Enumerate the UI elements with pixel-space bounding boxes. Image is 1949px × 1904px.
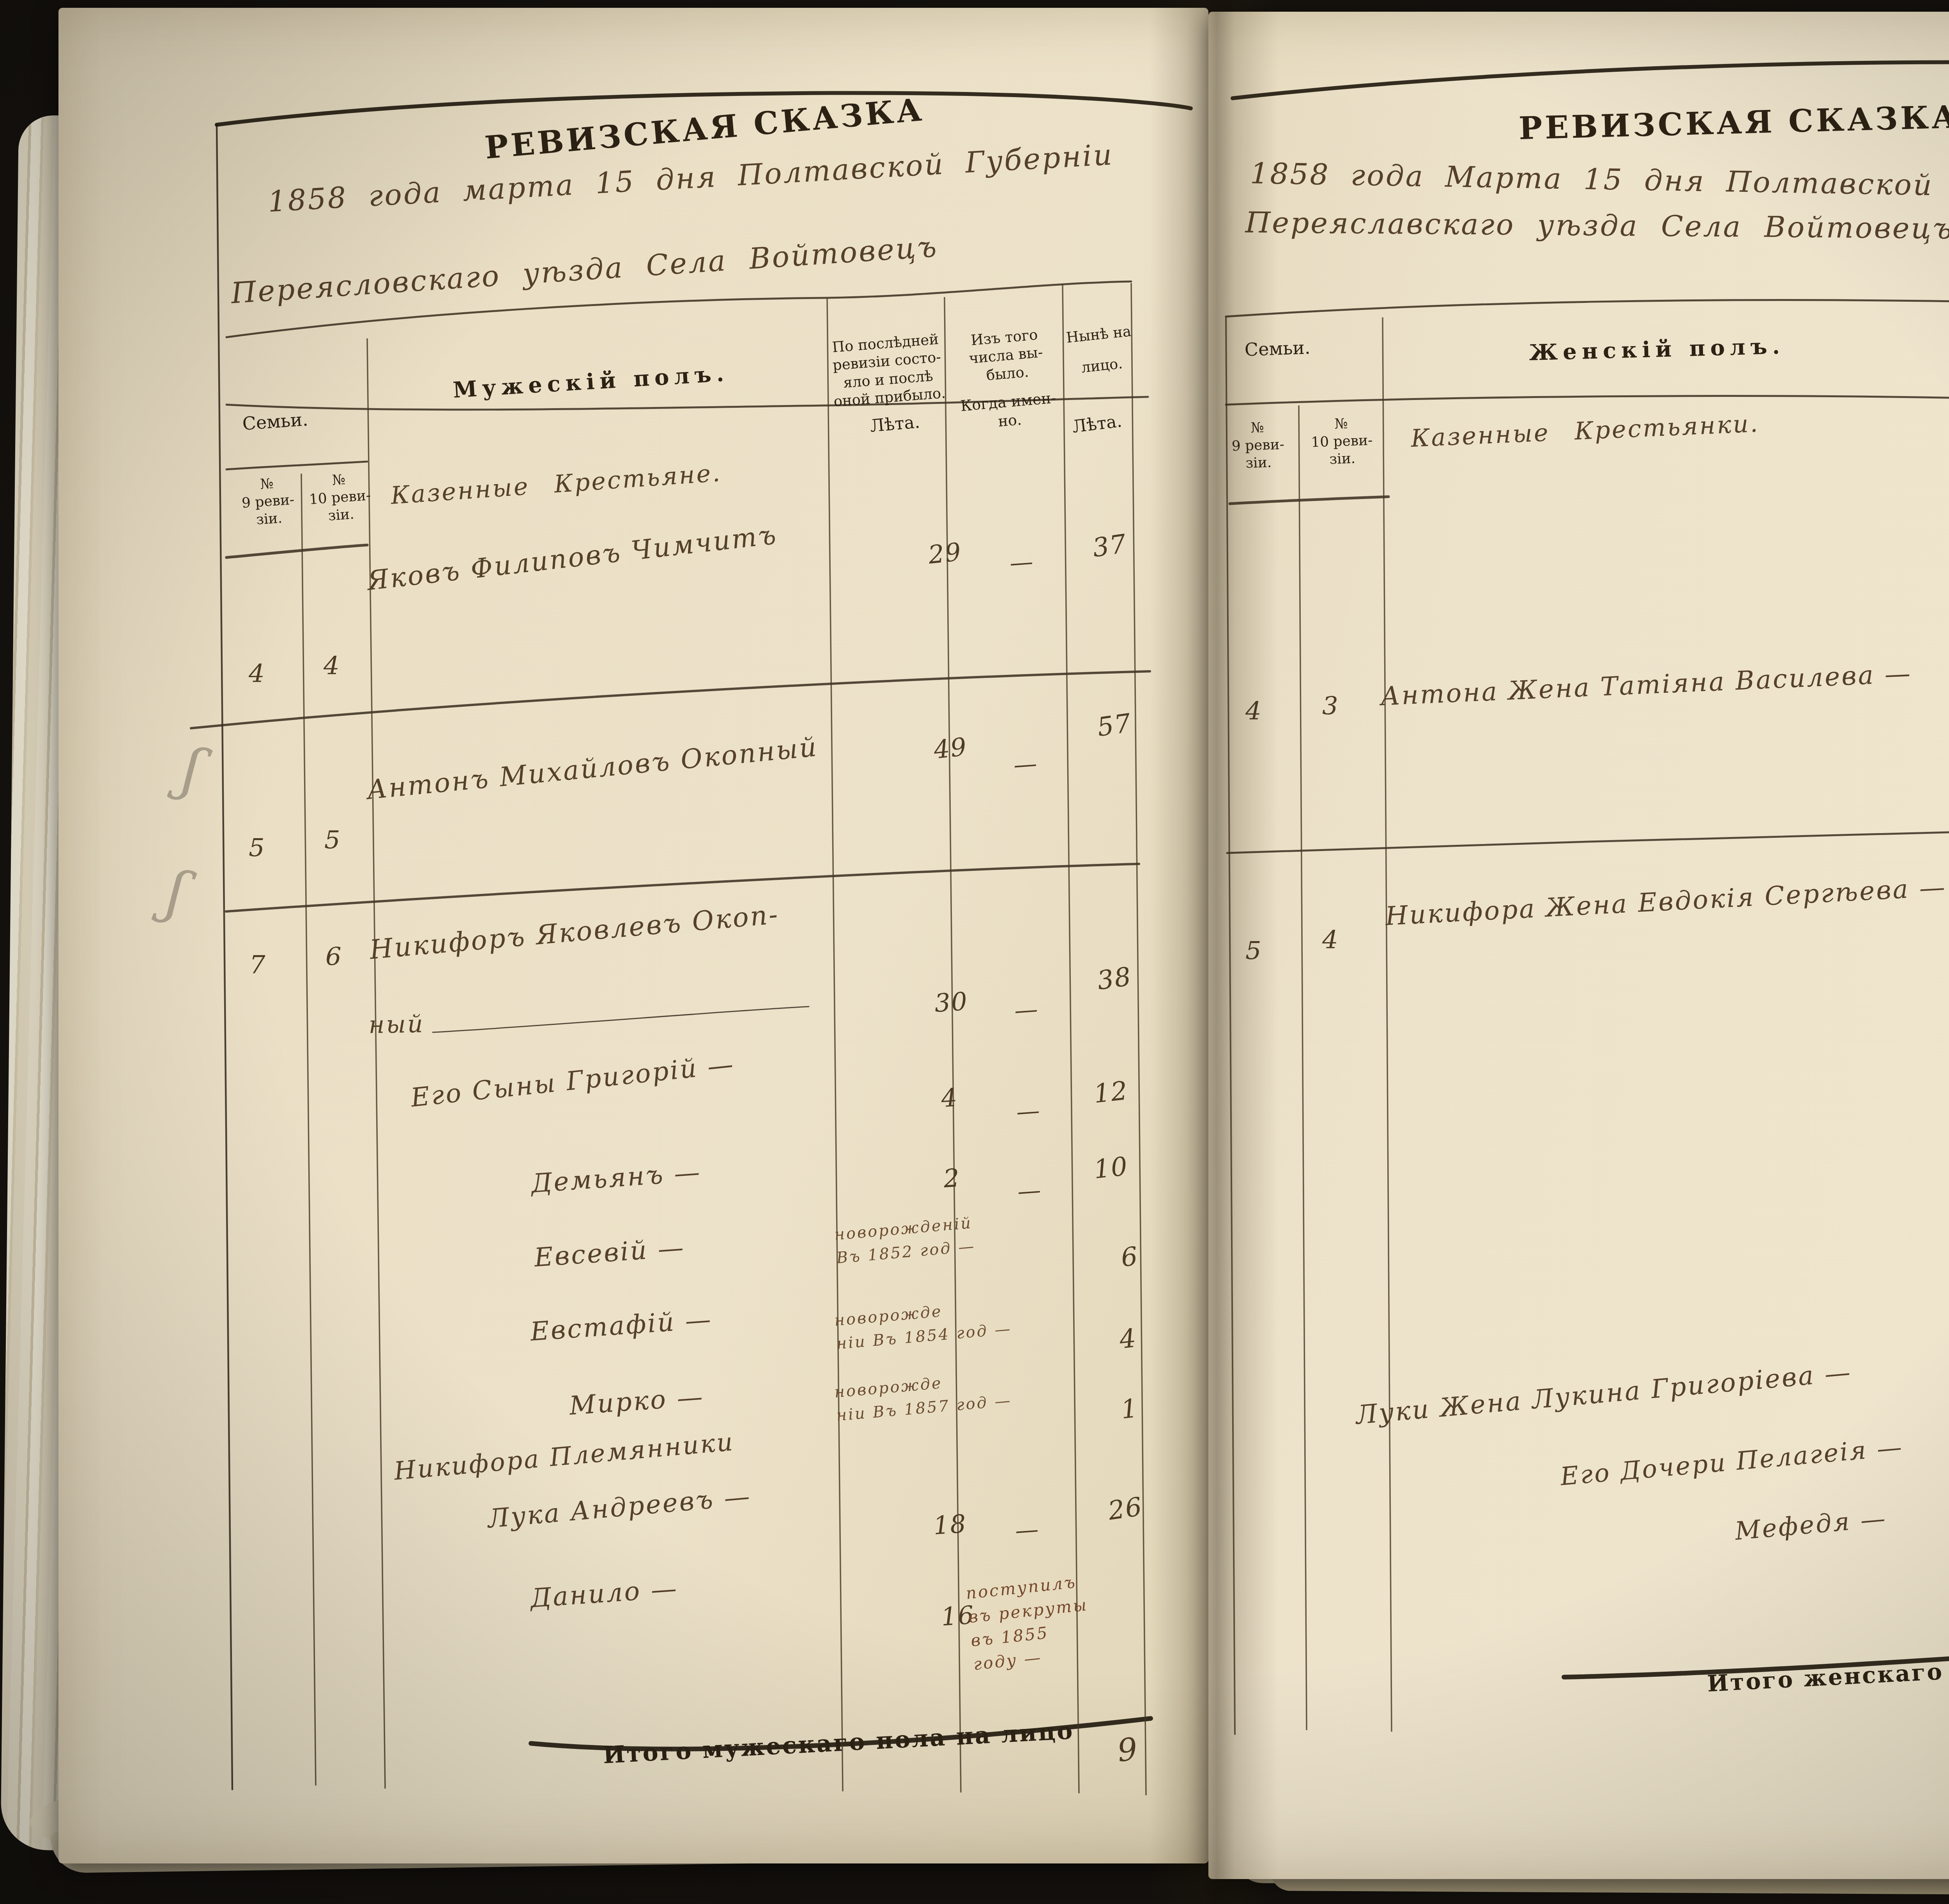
row-age-now: 26 <box>1106 1492 1144 1526</box>
header-col-present: Нынѣ на лицо. <box>1062 315 1139 384</box>
row-departed: — <box>1013 750 1039 779</box>
row-age-last: 29 <box>927 538 963 570</box>
row-no10: 6 <box>325 943 342 971</box>
right-table-ruling <box>1208 12 1949 1879</box>
row-departed: — <box>1015 1097 1042 1126</box>
header-rev9: № 9 реви- зіи. <box>1224 418 1292 473</box>
row-age-now: 4 <box>1118 1323 1138 1354</box>
footer-total-value: 9 <box>1116 1731 1140 1769</box>
header-rev10: № 10 реви- зіи. <box>1306 414 1378 469</box>
row-age-last: 18 <box>932 1509 967 1541</box>
row-age-now: 6 <box>1120 1241 1140 1272</box>
right-page: 878 532 РЕВИЗСКАЯ СКАЗКА 1858 года Марта… <box>1208 12 1949 1879</box>
place-line: Переяславскаго уѣзда Села Войтовецъ <box>1245 206 1949 246</box>
row-departed: — <box>1014 1516 1040 1545</box>
row-age-now: 37 <box>1091 529 1129 563</box>
row-age-last: 4 <box>940 1083 959 1113</box>
row-no9: 5 <box>249 833 265 862</box>
row-recruit-note: поступилъ въ рекруты въ 1855 году — <box>965 1570 1094 1676</box>
row-no9: 7 <box>249 950 266 979</box>
row-departed: — <box>1013 996 1040 1025</box>
row-no9: 5 <box>1245 936 1262 965</box>
row-no9: 4 <box>249 660 265 688</box>
row-age-now: 1 <box>1120 1393 1140 1424</box>
header-family: Семьи. <box>1244 337 1311 360</box>
row-age-last: 49 <box>932 733 969 765</box>
row-age-last: 2 <box>943 1164 961 1194</box>
row-no10: 3 <box>1322 692 1339 721</box>
left-page: РЕВИЗСКАЯ СКАЗКА 1858 года марта 15 дня … <box>58 8 1208 1863</box>
header-rev9: № 9 реви- зіи. <box>233 473 303 530</box>
row-age-now: 57 <box>1095 708 1134 742</box>
row-departed: — <box>1017 1177 1043 1205</box>
header-col-revision: По послѣдней ревизіи состо- яло и послѣ … <box>824 330 951 411</box>
row-age-last: 30 <box>934 987 969 1018</box>
row-age-now: 10 <box>1092 1151 1130 1185</box>
header-col-departed: Изъ того числа вы- было. <box>951 324 1061 387</box>
header-rev10: № 10 реви- зіи. <box>304 469 376 526</box>
row-no10: 4 <box>1322 926 1339 955</box>
row-age-now: 12 <box>1092 1076 1130 1109</box>
row-no9: 4 <box>1245 697 1262 726</box>
row-departed: — <box>1009 548 1035 577</box>
row-name-cont: ный <box>368 1009 425 1039</box>
row-age-now: 38 <box>1095 961 1134 996</box>
row-no10: 4 <box>324 652 340 681</box>
row-no10: 5 <box>324 826 341 855</box>
